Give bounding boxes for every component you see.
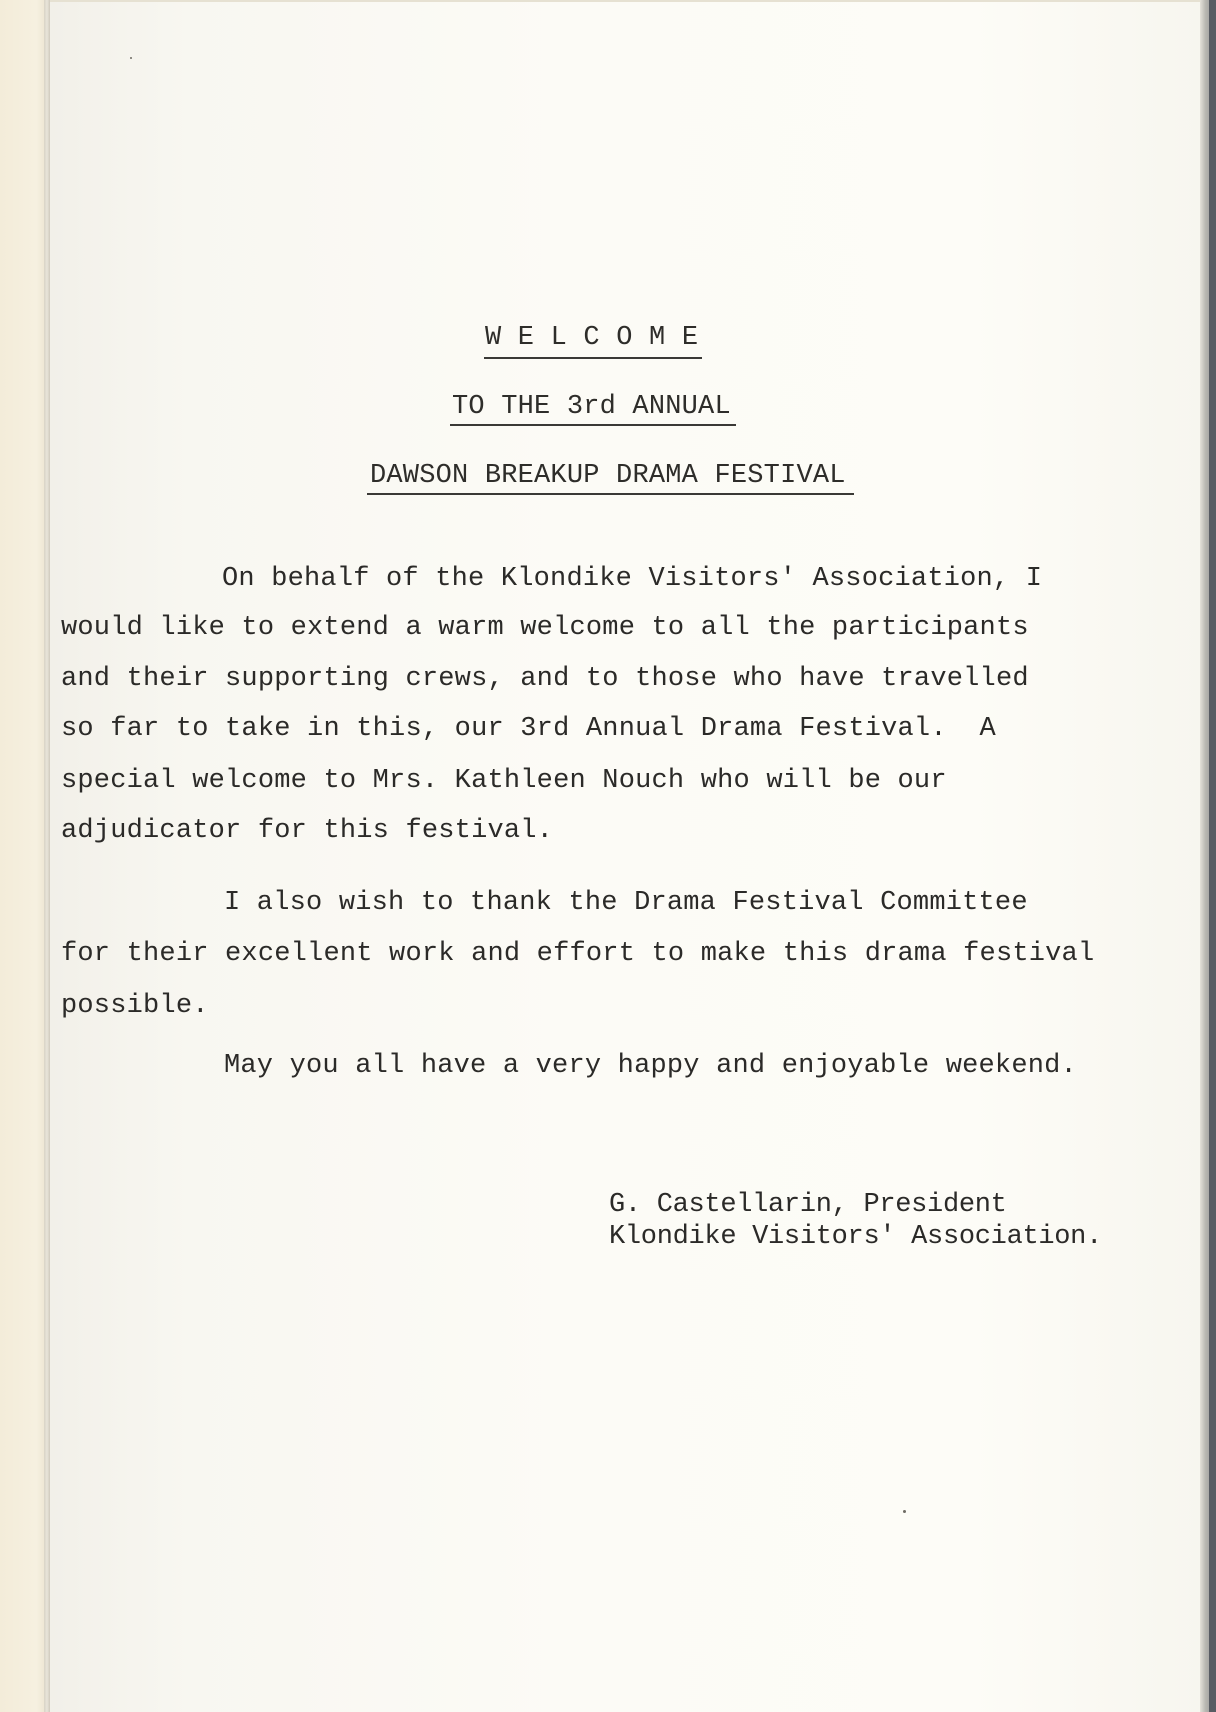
heading-annual-underline	[450, 424, 736, 426]
bleed-through-text	[700, 330, 844, 354]
heading-welcome: W E L C O M E	[485, 325, 698, 352]
scan-speck	[130, 57, 132, 59]
paragraph-line: so far to take in this, our 3rd Annual D…	[61, 716, 996, 743]
paragraph-line: adjudicator for this festival.	[61, 818, 553, 845]
heading-annual: TO THE 3rd ANNUAL	[452, 394, 731, 421]
paragraph-line: May you all have a very happy and enjoya…	[224, 1053, 1077, 1080]
paragraph-line: and their supporting crews, and to those…	[61, 666, 1029, 693]
paragraph-line: On behalf of the Klondike Visitors' Asso…	[222, 566, 1042, 593]
facing-page-edge	[0, 0, 46, 1712]
paragraph-line: would like to extend a warm welcome to a…	[61, 615, 1029, 642]
paragraph-line: I also wish to thank the Drama Festival …	[224, 890, 1028, 917]
heading-festival-name: DAWSON BREAKUP DRAMA FESTIVAL	[370, 463, 846, 490]
scanner-border	[1209, 0, 1216, 1712]
paragraph-line: special welcome to Mrs. Kathleen Nouch w…	[61, 768, 947, 795]
paragraph-line: for their excellent work and effort to m…	[61, 941, 1094, 968]
heading-welcome-underline	[484, 357, 702, 359]
signature-organization: Klondike Visitors' Association.	[609, 1224, 1102, 1251]
signature-name-title: G. Castellarin, President	[609, 1192, 1007, 1219]
scan-speck	[903, 1510, 906, 1513]
heading-festival-underline	[367, 493, 854, 495]
document-page	[50, 0, 1202, 1712]
paragraph-line: possible.	[61, 993, 209, 1020]
page-edge	[1200, 0, 1209, 1712]
